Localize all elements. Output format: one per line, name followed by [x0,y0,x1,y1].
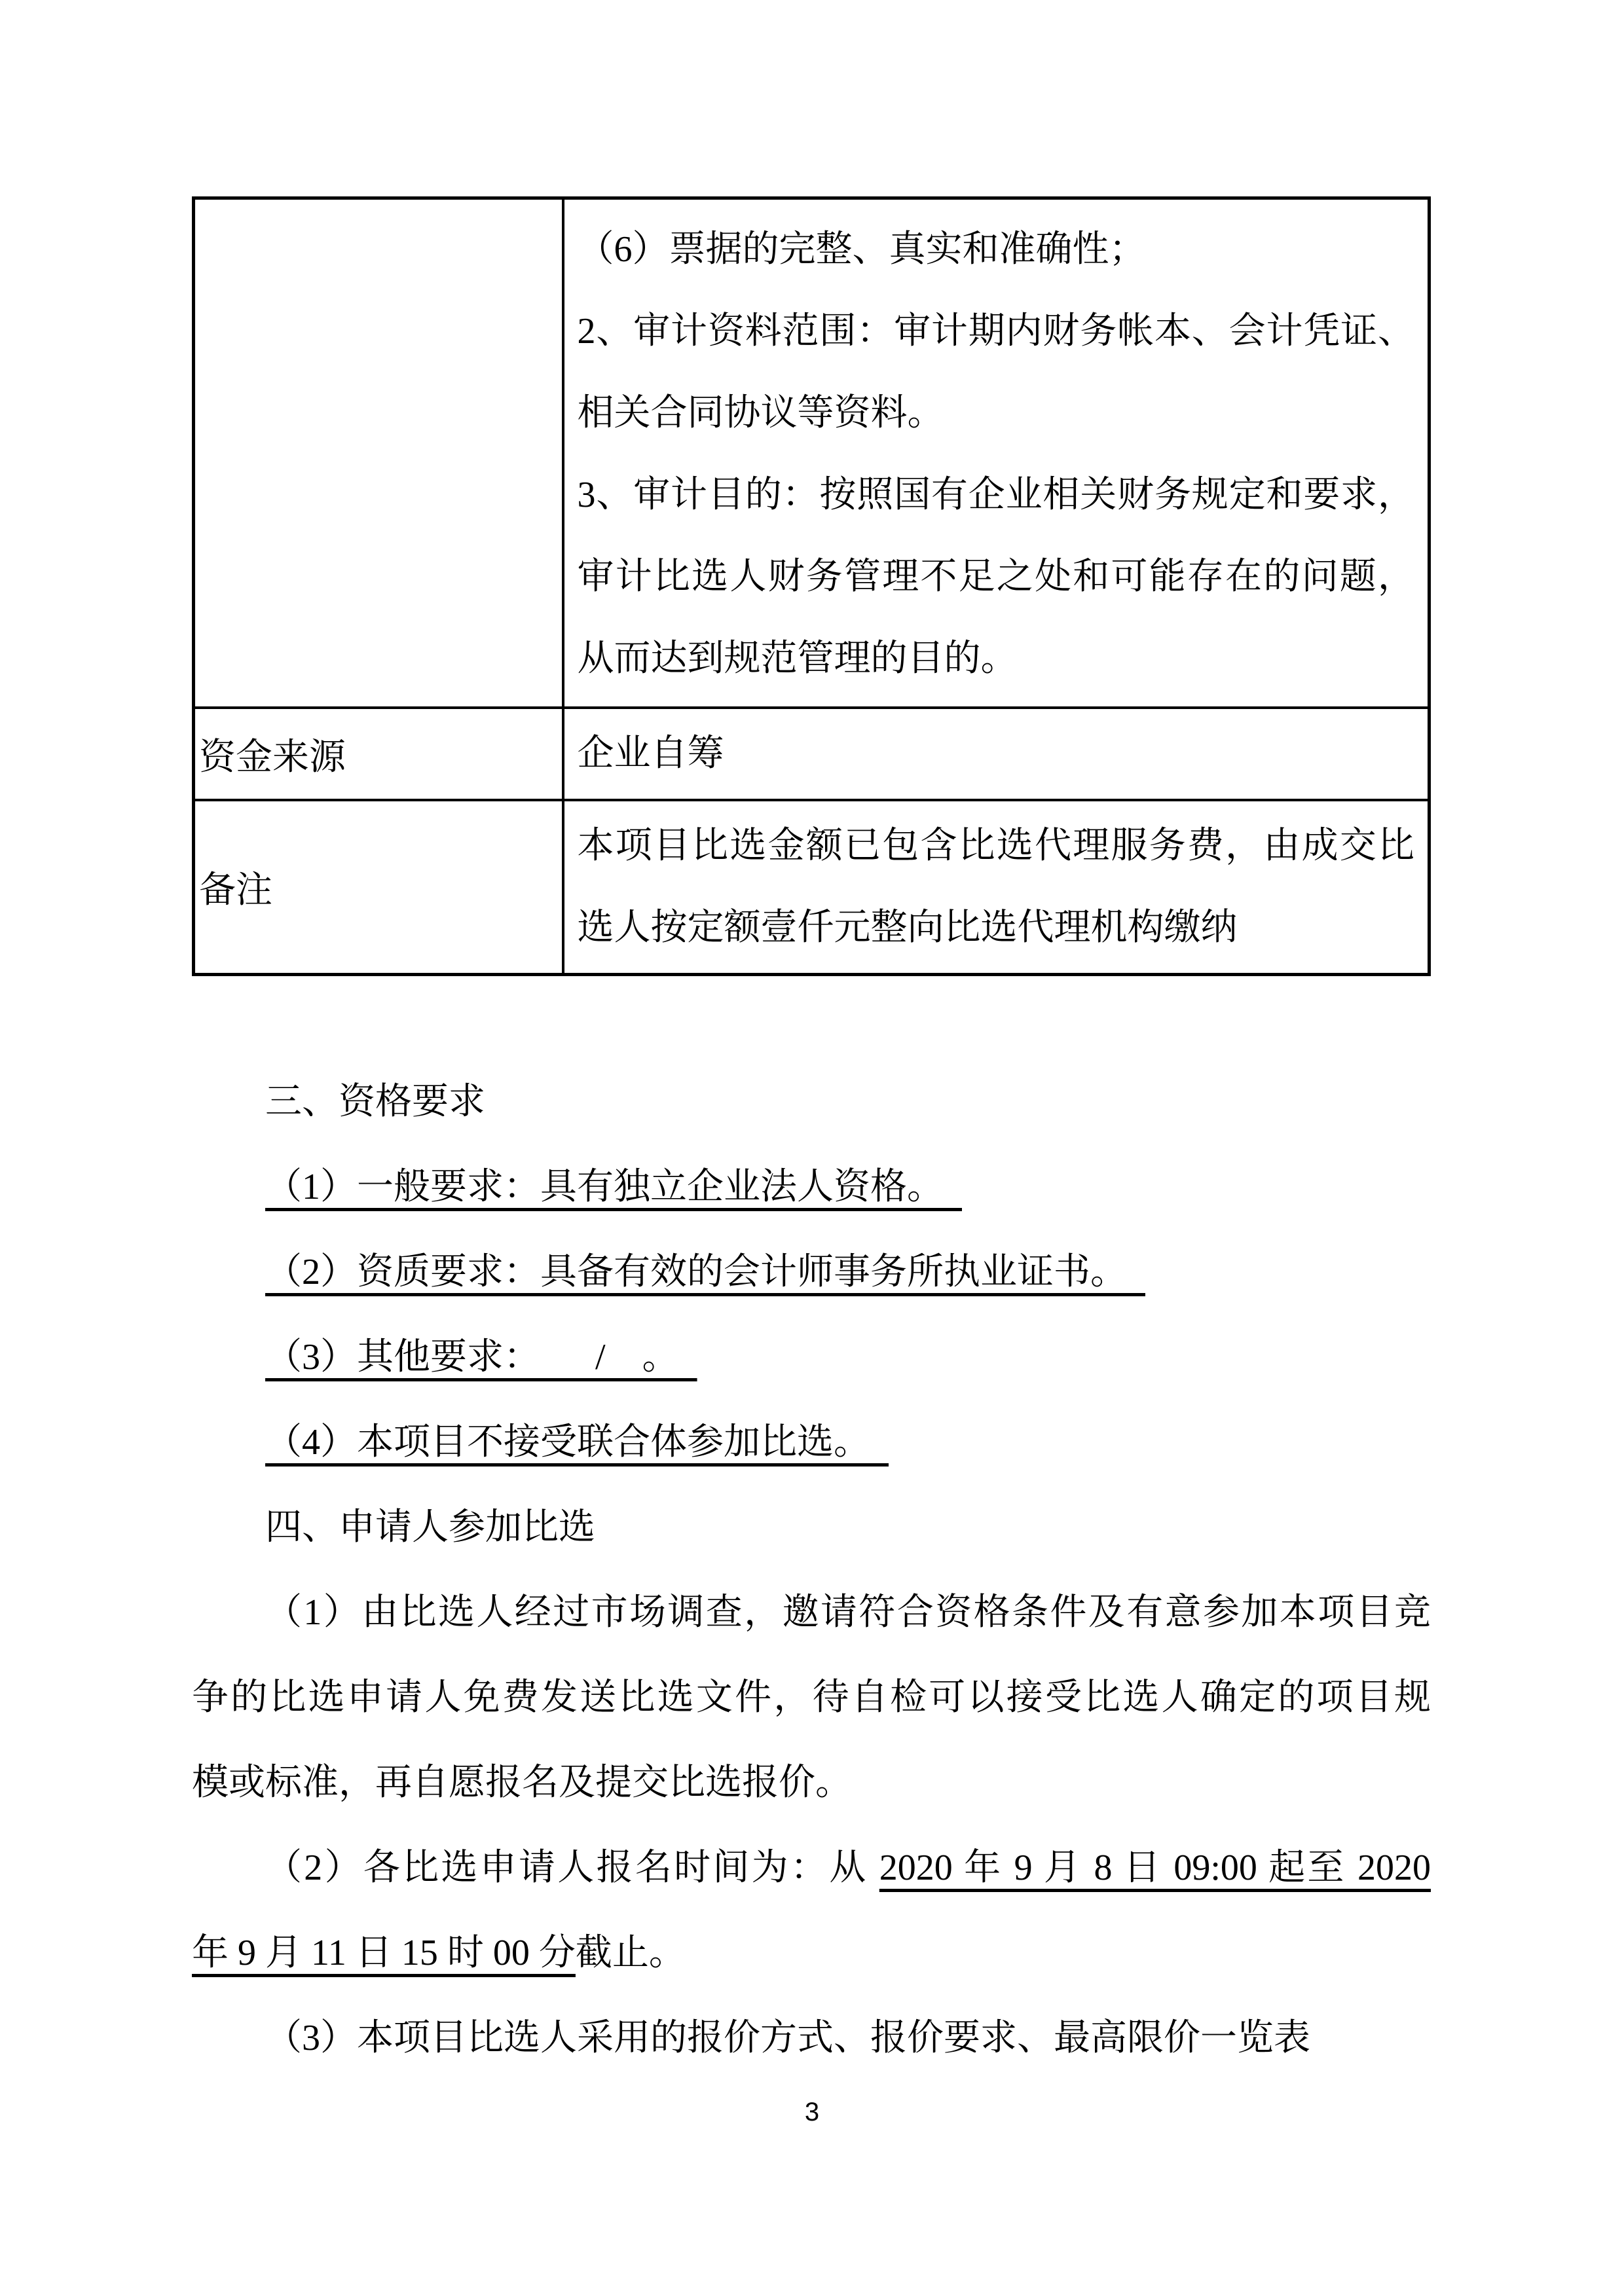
section3-heading: 三、资格要求 [192,1059,1431,1144]
paragraph-line: （1）由比选人经过市场调查，邀请符合资格条件及有意参加本项目竞 [192,1570,1431,1655]
signup-time-line-1: （2）各比选申请人报名时间为：从 2020 年 9 月 8 日 09:00 起至… [192,1825,1431,1910]
table-cell-line: 审计比选人财务管理不足之处和可能存在的问题， [578,536,1415,618]
table-cell-line: 相关合同协议等资料。 [578,373,1415,454]
row-label-remarks: 备注 [194,800,563,975]
requirement-item: （4）本项目不接受联合体参加比选。 [192,1400,1431,1485]
row-label-funding-source: 资金来源 [194,708,563,800]
signup-start-date-underlined: 2020 年 9 月 8 日 09:00 起至 2020 [879,1848,1431,1888]
table-cell-line: 本项目比选金额已包含比选代理服务费，由成交比 [578,805,1415,887]
requirement-item: （2）资质要求：具备有效的会计师事务所执业证书。 [192,1230,1431,1315]
signup-time-prefix: （2）各比选申请人报名时间为：从 [265,1848,879,1888]
table-cell-line: 企业自筹 [578,713,1415,795]
table-row-remarks: 备注 本项目比选金额已包含比选代理服务费，由成交比 选人按定额壹仟元整向比选代理… [194,800,1430,975]
table-cell-line: （6）票据的完整、真实和准确性； [578,209,1415,291]
requirement-underlined-text: （1）一般要求：具有独立企业法人资格。 [265,1167,962,1207]
requirement-underlined-text: （2）资质要求：具备有效的会计师事务所执业证书。 [265,1252,1145,1292]
requirement-item: （1）一般要求：具有独立企业法人资格。 [192,1144,1431,1230]
audit-content-cell: （6）票据的完整、真实和准确性； 2、审计资料范围：审计期内财务帐本、会计凭证、… [563,198,1430,708]
requirement-underlined-text: （3）其他要求： / 。 [265,1337,697,1377]
requirement-underlined-text: （4）本项目不接受联合体参加比选。 [265,1422,889,1463]
section4-heading: 四、申请人参加比选 [192,1485,1431,1570]
document-page: （6）票据的完整、真实和准确性； 2、审计资料范围：审计期内财务帐本、会计凭证、… [0,0,1624,2296]
table-row-funding-source: 资金来源 企业自筹 [194,708,1430,800]
table-cell-line: 2、审计资料范围：审计期内财务帐本、会计凭证、 [578,291,1415,373]
signup-time-suffix: 截止。 [576,1933,686,1973]
table-row-audit: （6）票据的完整、真实和准确性； 2、审计资料范围：审计期内财务帐本、会计凭证、… [194,198,1430,708]
paragraph-line: 模或标准，再自愿报名及提交比选报价。 [192,1740,1431,1825]
page-number: 3 [0,2092,1624,2132]
table-cell-line: 选人按定额壹仟元整向比选代理机构缴纳 [578,887,1415,969]
table-cell-line: 3、审计目的：按照国有企业相关财务规定和要求， [578,454,1415,536]
row-label-empty [194,198,563,708]
funding-source-cell: 企业自筹 [563,708,1430,800]
document-body: 三、资格要求 （1）一般要求：具有独立企业法人资格。 （2）资质要求：具备有效的… [192,1059,1431,2081]
tender-info-table: （6）票据的完整、真实和准确性； 2、审计资料范围：审计期内财务帐本、会计凭证、… [192,196,1431,976]
table-cell-line: 从而达到规范管理的目的。 [578,618,1415,700]
signup-end-date-underlined: 年 9 月 11 日 15 时 00 分 [192,1933,576,1973]
signup-time-line-2: 年 9 月 11 日 15 时 00 分截止。 [192,1910,1431,1995]
paragraph-line: 争的比选申请人免费发送比选文件，待自检可以接受比选人确定的项目规 [192,1655,1431,1740]
requirement-item: （3）其他要求： / 。 [192,1315,1431,1400]
paragraph-line: （3）本项目比选人采用的报价方式、报价要求、最高限价一览表 [192,1995,1431,2081]
remarks-cell: 本项目比选金额已包含比选代理服务费，由成交比 选人按定额壹仟元整向比选代理机构缴… [563,800,1430,975]
